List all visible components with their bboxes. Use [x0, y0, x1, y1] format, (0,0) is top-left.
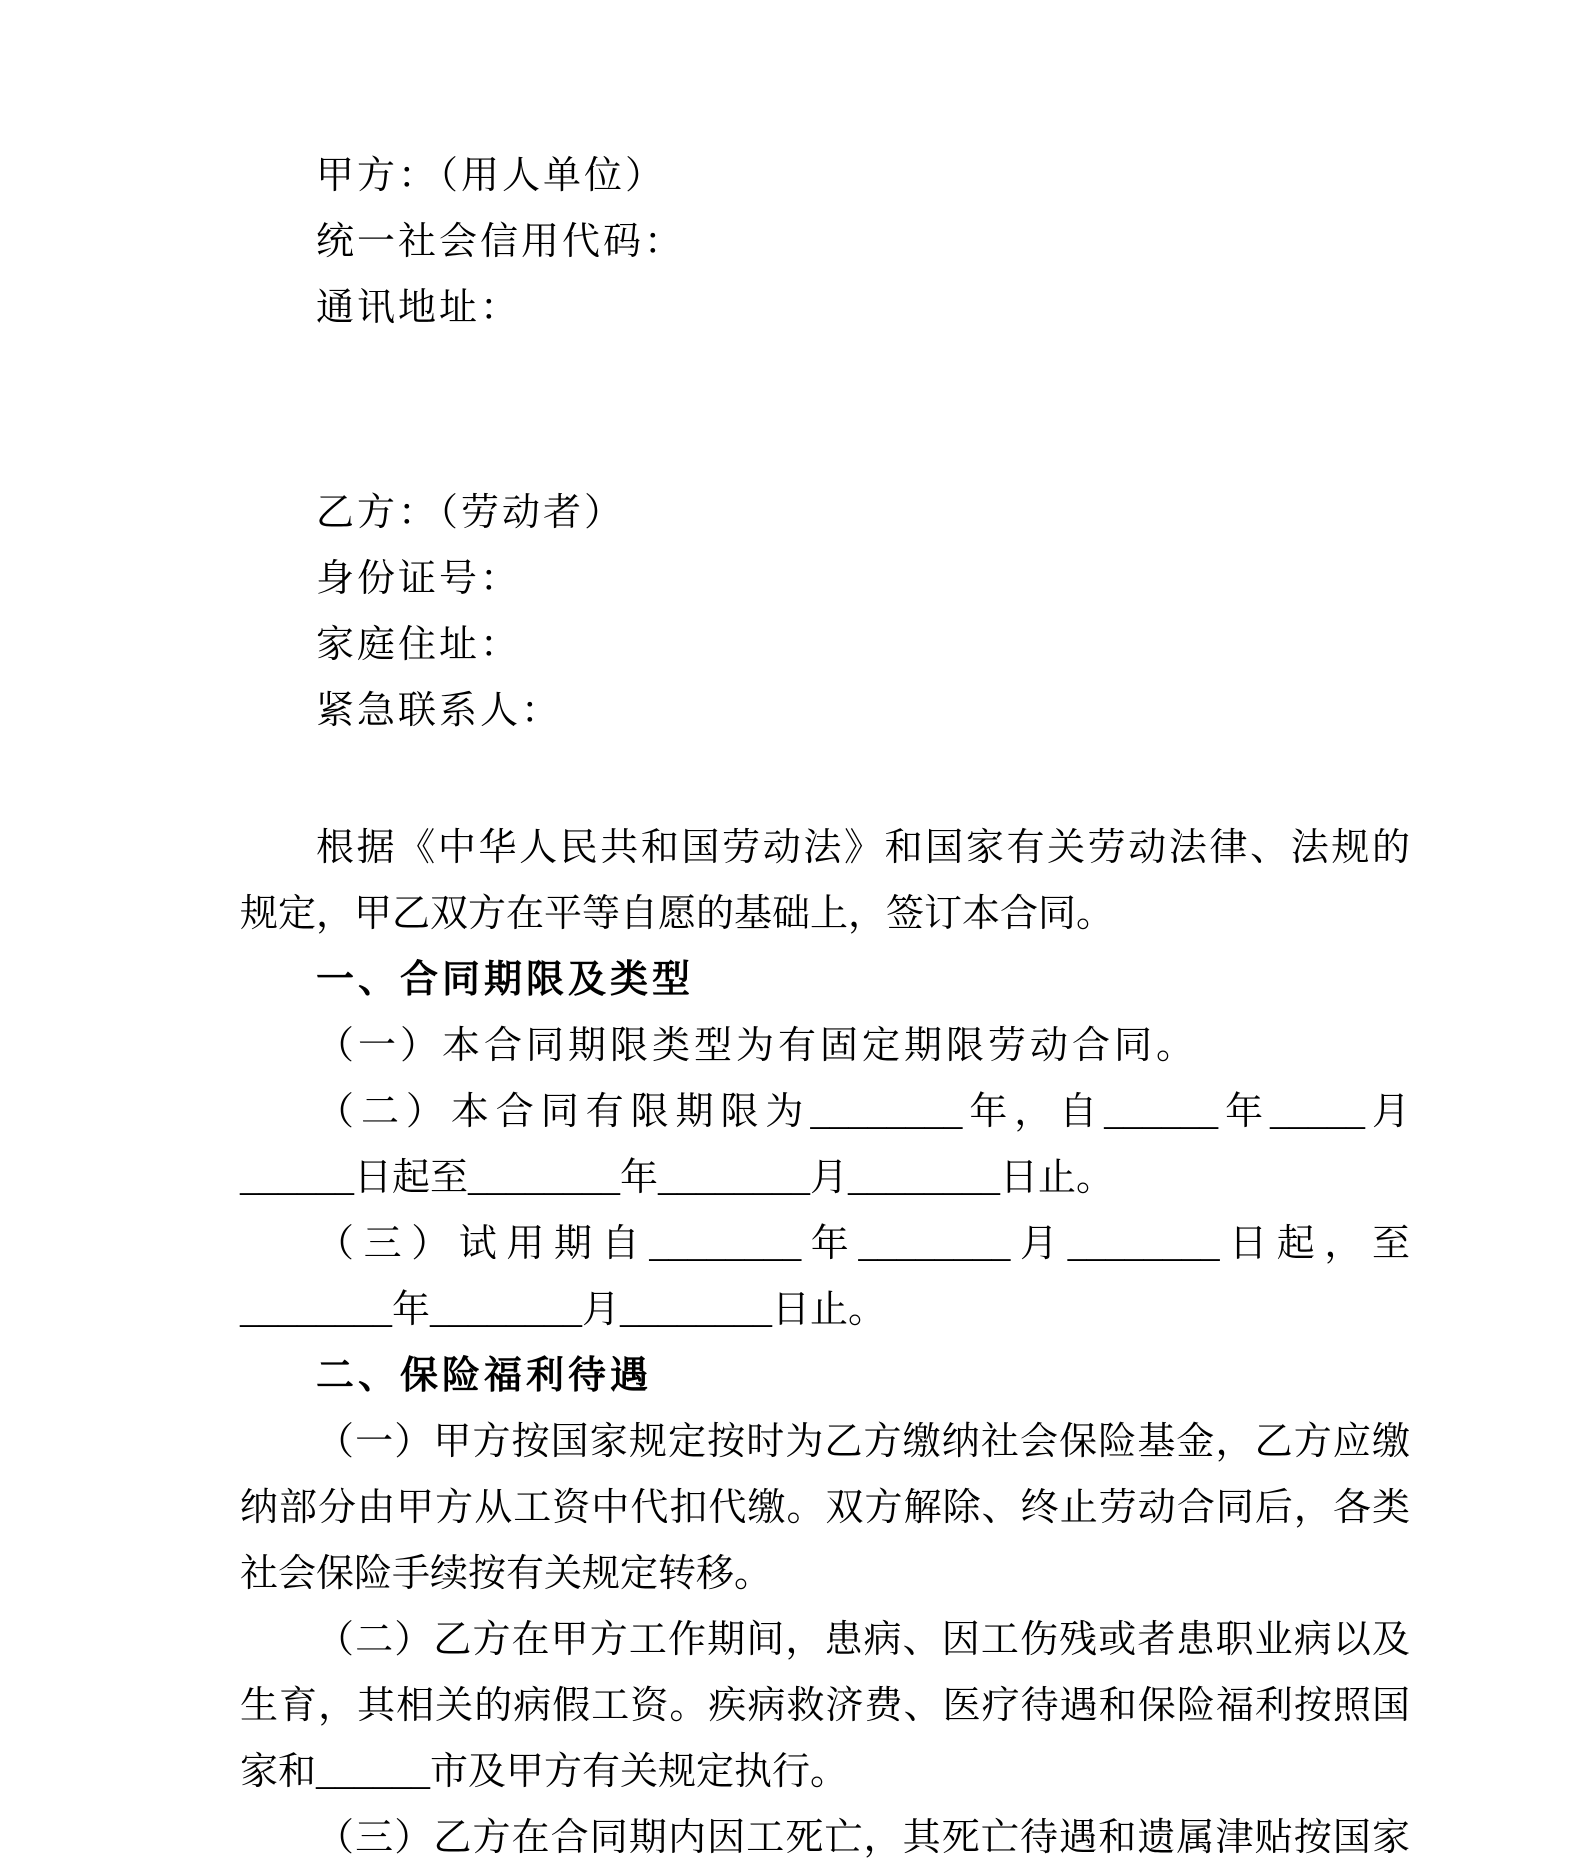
section-1-clause-2-line-1: （二）本合同有限期限为________年，自______年_____月 [240, 1079, 1410, 1145]
party-b-emergency-contact-line: 紧急联系人： [240, 678, 1410, 744]
party-b-name-line: 乙方：（劳动者） [240, 480, 1410, 546]
party-b-home-address-line: 家庭住址： [240, 612, 1410, 678]
section-1-heading: 一、合同期限及类型 [240, 947, 1410, 1013]
contract-content: 甲方：（用人单位） 统一社会信用代码： 通讯地址： 乙方：（劳动者） 身份证号：… [240, 0, 1410, 1871]
section-2-clause-2-line-3: 家和______市及甲方有关规定执行。 [240, 1739, 1410, 1805]
preamble-line-1: 根据《中华人民共和国劳动法》和国家有关劳动法律、法规的 [240, 815, 1410, 881]
section-2-clause-2-line-1: （二）乙方在甲方工作期间，患病、因工伤残或者患职业病以及 [240, 1607, 1410, 1673]
section-2-clause-2-line-2: 生育，其相关的病假工资。疾病救济费、医疗待遇和保险福利按照国 [240, 1673, 1410, 1739]
section-2-clause-1-line-3: 社会保险手续按有关规定转移。 [240, 1541, 1410, 1607]
party-b-id-number-line: 身份证号： [240, 546, 1410, 612]
section-2-clause-1-line-2: 纳部分由甲方从工资中代扣代缴。双方解除、终止劳动合同后，各类 [240, 1475, 1410, 1541]
party-a-block: 甲方：（用人单位） 统一社会信用代码： 通讯地址： [240, 143, 1410, 341]
section-2-clause-1-line-1: （一）甲方按国家规定按时为乙方缴纳社会保险基金，乙方应缴 [240, 1409, 1410, 1475]
section-1-clause-2-line-2: ______日起至________年________月________日止。 [240, 1145, 1410, 1211]
section-2-clause-3-line-1: （三）乙方在合同期内因工死亡，其死亡待遇和遗属津贴按国家 [240, 1805, 1410, 1871]
party-a-address-line: 通讯地址： [240, 275, 1410, 341]
section-2-heading: 二、保险福利待遇 [240, 1343, 1410, 1409]
preamble-line-2: 规定，甲乙双方在平等自愿的基础上，签订本合同。 [240, 881, 1410, 947]
section-1-clause-3-line-2: ________年________月________日止。 [240, 1277, 1410, 1343]
party-a-credit-code-line: 统一社会信用代码： [240, 209, 1410, 275]
party-a-name-line: 甲方：（用人单位） [240, 143, 1410, 209]
contract-page: 甲方：（用人单位） 统一社会信用代码： 通讯地址： 乙方：（劳动者） 身份证号：… [0, 0, 1587, 1876]
party-b-block: 乙方：（劳动者） 身份证号： 家庭住址： 紧急联系人： [240, 480, 1410, 744]
contract-body: 根据《中华人民共和国劳动法》和国家有关劳动法律、法规的 规定，甲乙双方在平等自愿… [240, 815, 1410, 1871]
section-1-clause-3-line-1: （三）试用期自________年________月________日起，至 [240, 1211, 1410, 1277]
section-1-clause-1-line-1: （一）本合同期限类型为有固定期限劳动合同。 [240, 1013, 1410, 1079]
